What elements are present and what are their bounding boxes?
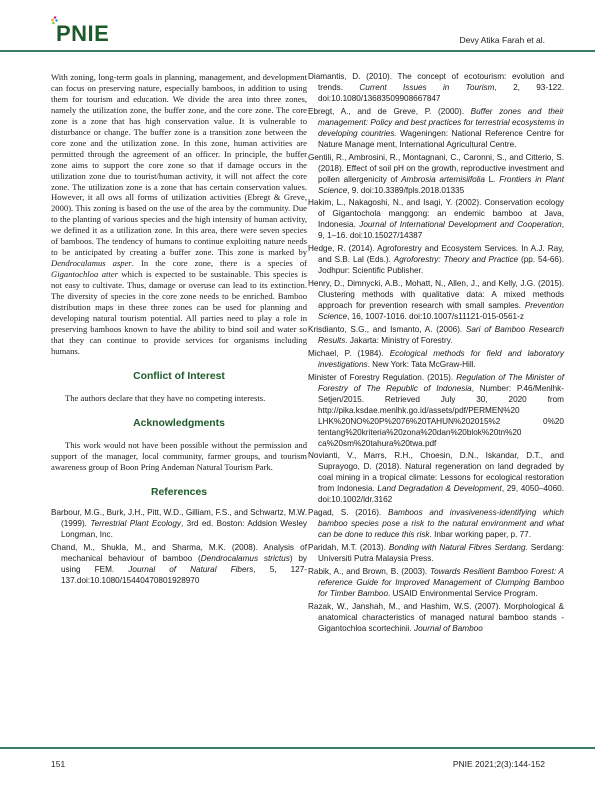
reference-entry: Hedge, R. (2014). Agroforestry and Ecosy… xyxy=(308,244,564,277)
reference-entry: Chand, M., Shukla, M., and Sharma, M.K. … xyxy=(51,543,307,587)
logo-text: PNIE xyxy=(56,22,109,46)
right-column: Diamantis, D. (2010). The concept of eco… xyxy=(308,72,564,637)
reference-entry: Paridah, M.T. (2013). Bonding with Natur… xyxy=(308,543,564,565)
reference-entry: Gentili, R., Ambrosini, R., Montagnani, … xyxy=(308,153,564,197)
references-list-left: Barbour, M.G., Burk, J.H., Pitt, W.D., G… xyxy=(51,508,307,587)
footer-divider xyxy=(0,747,595,749)
references-heading: References xyxy=(51,488,307,499)
reference-entry: Rabik, A., and Brown, B. (2003). Towards… xyxy=(308,567,564,600)
reference-entry: Ebregt, A., and de Greve, P. (2000). Buf… xyxy=(308,107,564,151)
journal-logo: PNIE xyxy=(50,22,109,46)
reference-entry: Diamantis, D. (2010). The concept of eco… xyxy=(308,72,564,105)
journal-citation: PNIE 2021;2(3):144-152 xyxy=(453,759,545,769)
reference-entry: Pagad, S. (2016). Bamboos and invasivene… xyxy=(308,508,564,541)
reference-entry: Minister of Forestry Regulation. (2015).… xyxy=(308,373,564,450)
page-number: 151 xyxy=(51,759,65,769)
header-divider xyxy=(0,50,595,52)
reference-entry: Barbour, M.G., Burk, J.H., Pitt, W.D., G… xyxy=(51,508,307,541)
references-list-right: Diamantis, D. (2010). The concept of eco… xyxy=(308,72,564,635)
reference-entry: Razak, W., Janshah, M., and Hashim, W.S.… xyxy=(308,602,564,635)
left-column: With zoning, long-term goals in planning… xyxy=(51,72,307,589)
page-header: PNIE Devy Atika Farah et al. xyxy=(0,0,595,52)
reference-entry: Michael, P. (1984). Ecological methods f… xyxy=(308,349,564,371)
reference-entry: Krisdianto, S.G., and Ismanto, A. (2006)… xyxy=(308,325,564,347)
conflict-text: The authors declare that they have no co… xyxy=(51,393,307,404)
logo-mark-icon xyxy=(50,16,60,26)
running-head-author: Devy Atika Farah et al. xyxy=(459,35,545,45)
reference-entry: Novianti, V., Marrs, R.H., Choesin, D.N.… xyxy=(308,451,564,506)
acknowledgments-heading: Acknowledgments xyxy=(51,419,307,430)
conflict-heading: Conflict of Interest xyxy=(51,372,307,383)
reference-entry: Hakim, L., Nakagoshi, N., and Isagi, Y. … xyxy=(308,198,564,242)
reference-entry: Henry, D., Dimnycki, A.B., Mohatt, N., A… xyxy=(308,279,564,323)
acknowledgments-text: This work would not have been possible w… xyxy=(51,440,307,473)
body-paragraph: With zoning, long-term goals in planning… xyxy=(51,72,307,357)
